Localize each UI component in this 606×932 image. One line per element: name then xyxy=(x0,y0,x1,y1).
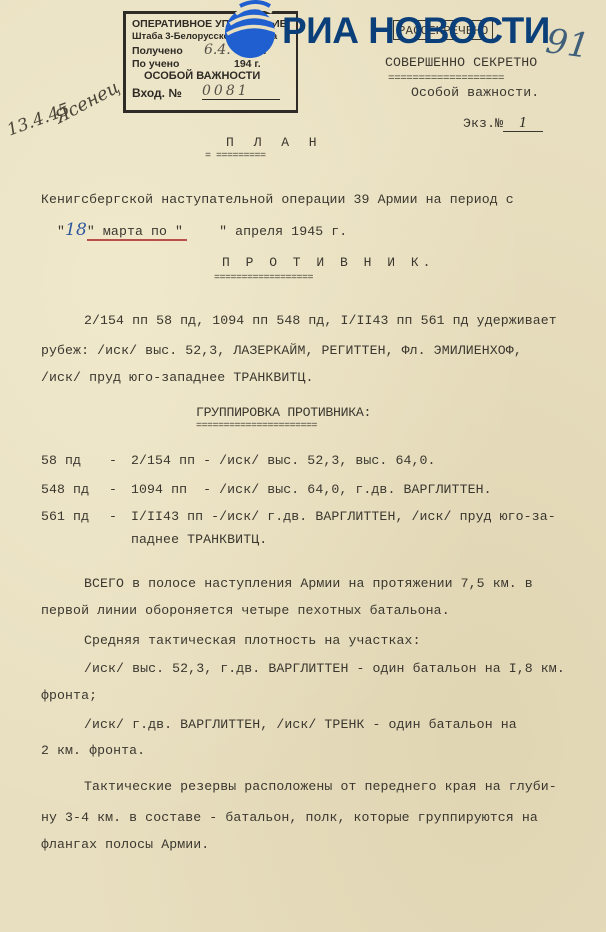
enemy-paragraph-line-3: /иск/ пруд юго-западнее ТРАНКВИТЦ. xyxy=(41,370,313,385)
subtitle-month-span: " марта по " xyxy=(87,224,187,241)
subtitle-line-2: "18" марта по "" апреля 1945 г. xyxy=(41,205,347,240)
reserves-line-2: ну 3-4 км. в составе - батальон, полк, к… xyxy=(41,810,538,825)
totals-line-2: первой линии обороняется четыре пехотных… xyxy=(41,603,450,618)
copy-number-row: Экз.№1 xyxy=(447,101,543,132)
subtitle-rest: " апреля 1945 г. xyxy=(187,224,347,239)
density-line-2: фронта; xyxy=(41,688,97,703)
totals-line-1: ВСЕГО в полосе наступления Армии на прот… xyxy=(84,576,533,591)
ria-brand-text: РИА НОВОСТИ xyxy=(282,10,550,52)
density-heading: Средняя тактическая плотность на участка… xyxy=(84,633,421,648)
stamp-received-label: Получено xyxy=(132,45,183,57)
grouping-heading-rule: ====================== xyxy=(196,421,317,432)
reserves-line-1: Тактические резервы расположены от перед… xyxy=(84,779,557,794)
margin-signature: Ясенец xyxy=(51,77,123,129)
copy-number: 1 xyxy=(503,116,543,132)
enemy-heading: П Р О Т И В Н И К. xyxy=(222,255,434,270)
stamp-incoming-label: Вход. № xyxy=(132,86,182,100)
secrecy-label: СОВЕРШЕННО СЕКРЕТНО xyxy=(385,55,537,70)
title-rule: = ========= xyxy=(205,151,266,162)
stamp-processed-label: По учено xyxy=(132,58,179,70)
importance-label: Особой важности. xyxy=(411,85,539,100)
grouping-heading: ГРУППИРОВКА ПРОТИВНИКА: xyxy=(196,405,371,420)
subtitle-open-quote: " xyxy=(57,224,65,239)
secrecy-rule: =================== xyxy=(388,73,504,85)
grouping-dash: - xyxy=(109,453,117,468)
grouping-detail: 2/154 пп - /иск/ выс. 52,3, выс. 64,0. xyxy=(131,453,436,468)
handwritten-start-day: 18 xyxy=(65,220,87,240)
grouping-dash: - xyxy=(109,509,117,524)
grouping-detail: I/II43 пп -/иск/ г.дв. ВАРГЛИТТЕН, /иск/… xyxy=(131,509,556,524)
grouping-division: 561 пд xyxy=(41,509,89,524)
density-line-3: /иск/ г.дв. ВАРГЛИТТЕН, /иск/ ТРЕНК - од… xyxy=(84,717,517,732)
reserves-line-3: флангах полосы Армии. xyxy=(41,837,209,852)
grouping-detail-continued: паднее ТРАНКВИТЦ. xyxy=(131,532,267,547)
copy-label: Экз.№ xyxy=(463,116,503,131)
enemy-paragraph-line-1: 2/154 пп 58 пд, 1094 пп 548 пд, I/II43 п… xyxy=(84,313,557,328)
grouping-detail: 1094 пп - /иск/ выс. 64,0, г.дв. ВАРГЛИТ… xyxy=(131,482,492,497)
stamp-classification: ОСОБОЙ ВАЖНОСТИ xyxy=(144,70,260,82)
density-line-1: /иск/ выс. 52,3, г.дв. ВАРГЛИТТЕН - один… xyxy=(84,661,565,676)
enemy-paragraph-line-2: рубеж: /иск/ выс. 52,3, ЛАЗЕРКАЙМ, РЕГИТ… xyxy=(41,343,522,358)
handwritten-page-number: 91 xyxy=(543,21,591,67)
document-title: П Л А Н xyxy=(226,135,323,150)
ria-globe-icon xyxy=(222,0,278,60)
grouping-division: 58 пд xyxy=(41,453,81,468)
grouping-dash: - xyxy=(109,482,117,497)
grouping-division: 548 пд xyxy=(41,482,89,497)
density-line-4: 2 км. фронта. xyxy=(41,743,145,758)
stamp-incoming-number: 0081 xyxy=(202,83,280,100)
enemy-heading-rule: ================== xyxy=(214,273,313,284)
